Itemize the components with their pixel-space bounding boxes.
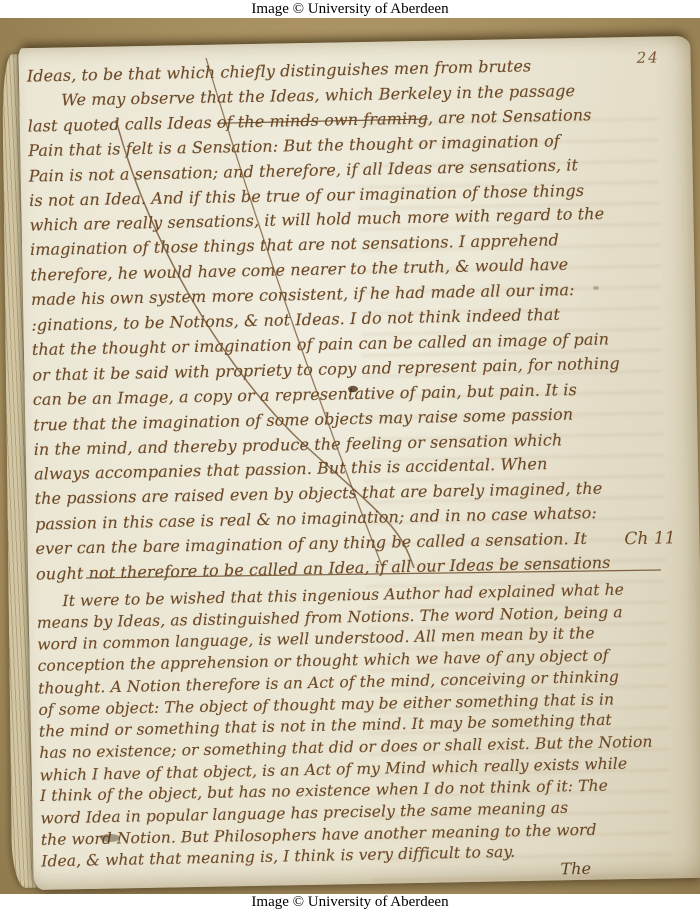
manuscript-text-block-2: It were to be wished that this ingenious…	[36, 580, 684, 592]
page-corner-fold	[639, 35, 692, 100]
copyright-text-top: Image © University of Aberdeen	[251, 1, 448, 18]
manuscript-line: made his own system more consistent, if …	[31, 280, 575, 309]
manuscript-line: Pain is not a sensation; and therefore, …	[29, 155, 579, 185]
manuscript-line: ever can the bare imagination of any thi…	[35, 529, 587, 558]
catchword: The	[560, 859, 591, 879]
struck-phrase: of the minds own framing	[217, 108, 428, 131]
manuscript-line: imagination of those things that are not…	[30, 231, 559, 260]
manuscript-text-block-1: Ideas, to be that which chiefly distingu…	[27, 54, 675, 66]
manuscript-line: Ideas, to be that which chiefly distingu…	[27, 56, 532, 85]
copyright-text-bottom: Image © University of Aberdeen	[251, 894, 448, 910]
manuscript-line: :ginations, to be Notions, & not Ideas. …	[31, 305, 560, 335]
bottom-copyright-banner: Image © University of Aberdeen	[0, 894, 700, 910]
page-number: 24	[636, 48, 659, 66]
manuscript-line: always accompanies that passion. But thi…	[34, 454, 548, 484]
screenshot-root: Image © University of Aberdeen 24 Ideas,…	[0, 0, 700, 910]
manuscript-line: Pain that is felt is a Sensation: But th…	[28, 131, 560, 160]
manuscript-line: true that the imagination of some object…	[33, 404, 573, 434]
manuscript-line: can be an Image, a copy or a representat…	[33, 380, 577, 409]
manuscript-line: therefore, he would have come nearer to …	[30, 255, 568, 285]
manuscript-line: ought not therefore to be called an Idea…	[36, 553, 611, 584]
manuscript-page: 24 Ideas, to be that which chiefly disti…	[18, 36, 700, 890]
manuscript-line: We may observe that the Ideas, which Ber…	[27, 81, 575, 110]
photo-area: 24 Ideas, to be that which chiefly disti…	[0, 18, 700, 894]
top-copyright-banner: Image © University of Aberdeen	[0, 0, 700, 18]
chapter-margin-note: Ch 11	[624, 528, 675, 549]
